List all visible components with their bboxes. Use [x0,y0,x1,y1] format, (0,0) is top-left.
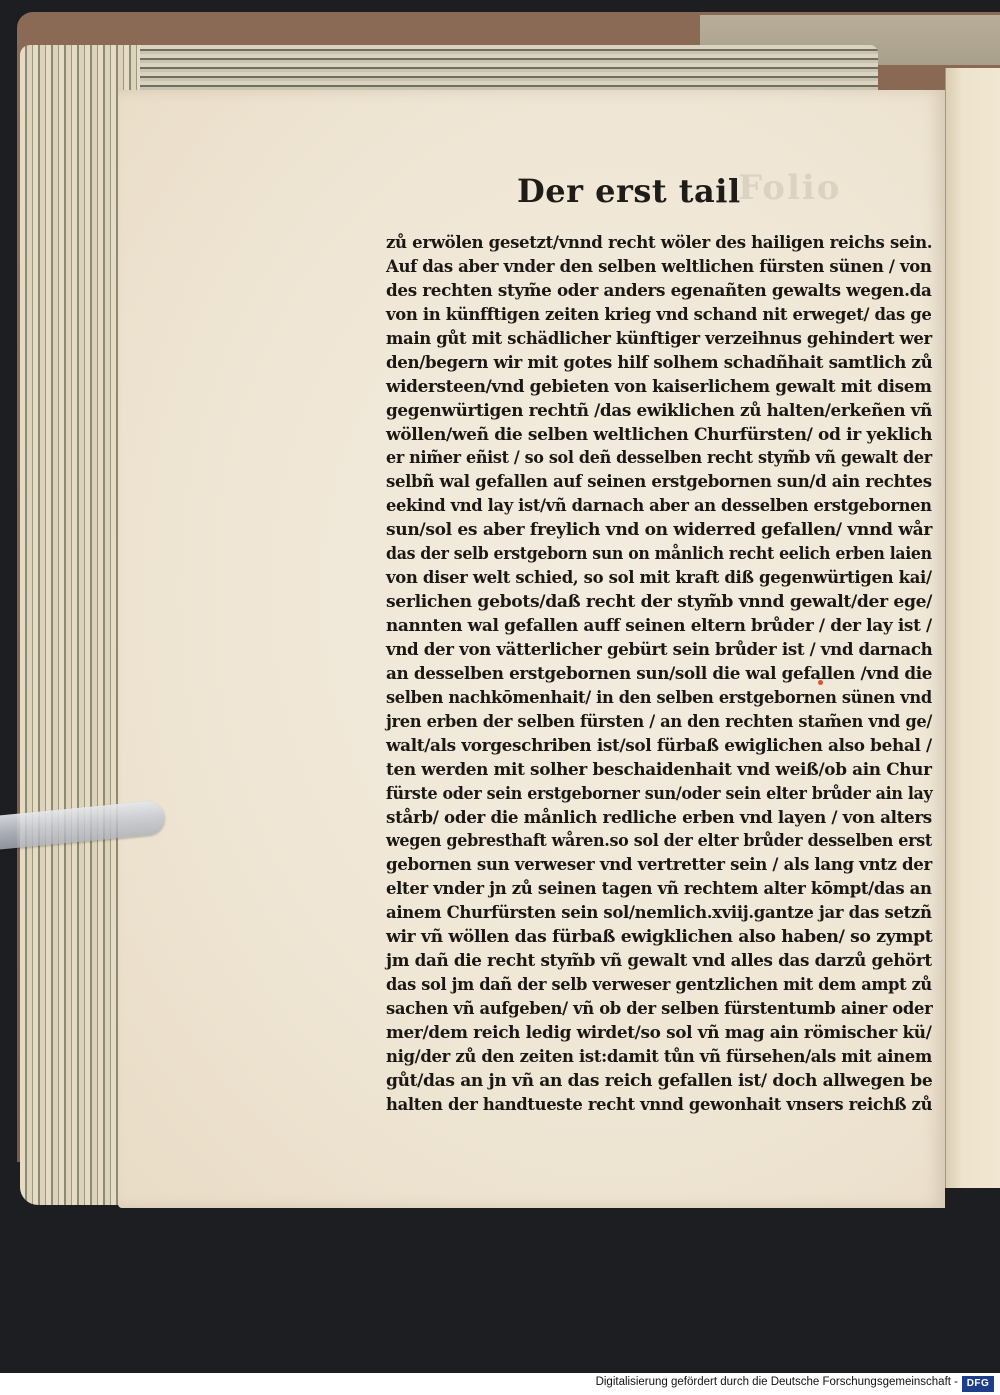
text-line: nig/der zů den zeiten ist:damit tůn vñ f… [386,1046,908,1070]
text-line: des rechten stym̃e oder anders egenañten… [386,280,918,304]
text-line: ten werden mit solher beschaidenhait vnd… [386,759,921,783]
running-head: Der erst tail [517,172,741,210]
text-line: er nim̃er eñist / so sol deñ desselben r… [386,447,894,471]
text-line: widersteen/vnd gebieten von kaiserlichem… [386,376,920,400]
text-line: sachen vñ aufgeben/ vñ ob der selben für… [386,998,906,1022]
text-line: von diser welt schied, so sol mit kraft … [386,567,909,591]
text-line: eekind vnd lay ist/vñ darnach aber an de… [386,495,903,519]
text-line: walt/als vorgeschriben ist/sol fürbaß ew… [386,735,921,759]
text-line: an desselben erstgebornen sun/soll die w… [386,663,918,687]
footer-bar: Digitalisierung gefördert durch die Deut… [0,1373,1000,1395]
text-line: selbñ wal gefallen auf seinen erstgeborn… [386,471,912,495]
text-line: fürste oder sein erstgeborner sun/oder s… [386,783,891,807]
text-line: gůt/das an jn vñ an das reich gefallen i… [386,1070,928,1094]
text-line: selben nachkōmenhait/ in den selben erst… [386,687,901,711]
text-line: zů erwölen gesetzt/vnnd recht wöler des … [386,232,912,256]
text-line: Auf das aber vnder den selben weltlichen… [386,256,910,280]
text-line: mer/dem reich ledig wirdet/so sol vñ mag… [386,1022,922,1046]
page-edges-top [28,45,878,95]
text-line: wöllen/weñ die selben weltlichen Churfür… [386,424,926,448]
book-scan: Folio Der erst tail zů erwölen gesetzt/v… [0,0,1000,1373]
text-line: halten der handtueste recht vnnd gewonha… [386,1094,906,1118]
text-line: main gůt mit schädlicher künftiger verze… [386,328,908,352]
text-line: jm dañ die recht stym̃b vñ gewalt vnd al… [386,950,918,974]
text-line: stårb/ oder die månlich redliche erben v… [386,807,917,831]
text-line: sun/sol es aber freylich vnd on widerred… [386,519,929,543]
body-text: zů erwölen gesetzt/vnnd recht wöler des … [386,232,932,1118]
text-line: serlichen gebots/daß recht der stym̃b vn… [386,591,931,615]
show-through-text: Folio [738,168,841,208]
text-line: vnd der von vätterlicher gebürt sein brů… [386,639,914,663]
text-line: nannten wal gefallen auff seinen eltern … [386,615,922,639]
text-line: jren erben der selben fürsten / an den r… [386,711,903,735]
funding-credit: Digitalisierung gefördert durch die Deut… [596,1376,958,1388]
ink-mark [818,680,823,685]
facing-page [945,68,1000,1188]
text-line: das sol jm dañ der selb verweser gentzli… [386,974,900,998]
text-line: gebornen sun verweser vnd vertretter sei… [386,854,913,878]
text-line: elter vnder jn zů seinen tagen vñ rechte… [386,878,909,902]
text-line: wir vñ wöllen das fürbaß ewigklichen als… [386,926,932,950]
text-line: den/begern wir mit gotes hilf solhem sch… [386,352,914,376]
text-line: gegenwürtigen rechtñ /das ewiklichen zů … [386,400,920,424]
text-line: das der selb erstgeborn sun on månlich r… [386,543,886,567]
text-line: ainem Churfürsten sein sol/nemlich.xviij… [386,902,910,926]
text-line: wegen gebresthaft wåren.so sol der elter… [386,830,893,854]
text-line: von in künfftigen zeiten krieg vnd schan… [386,304,908,328]
dfg-logo-icon: DFG [962,1376,994,1392]
